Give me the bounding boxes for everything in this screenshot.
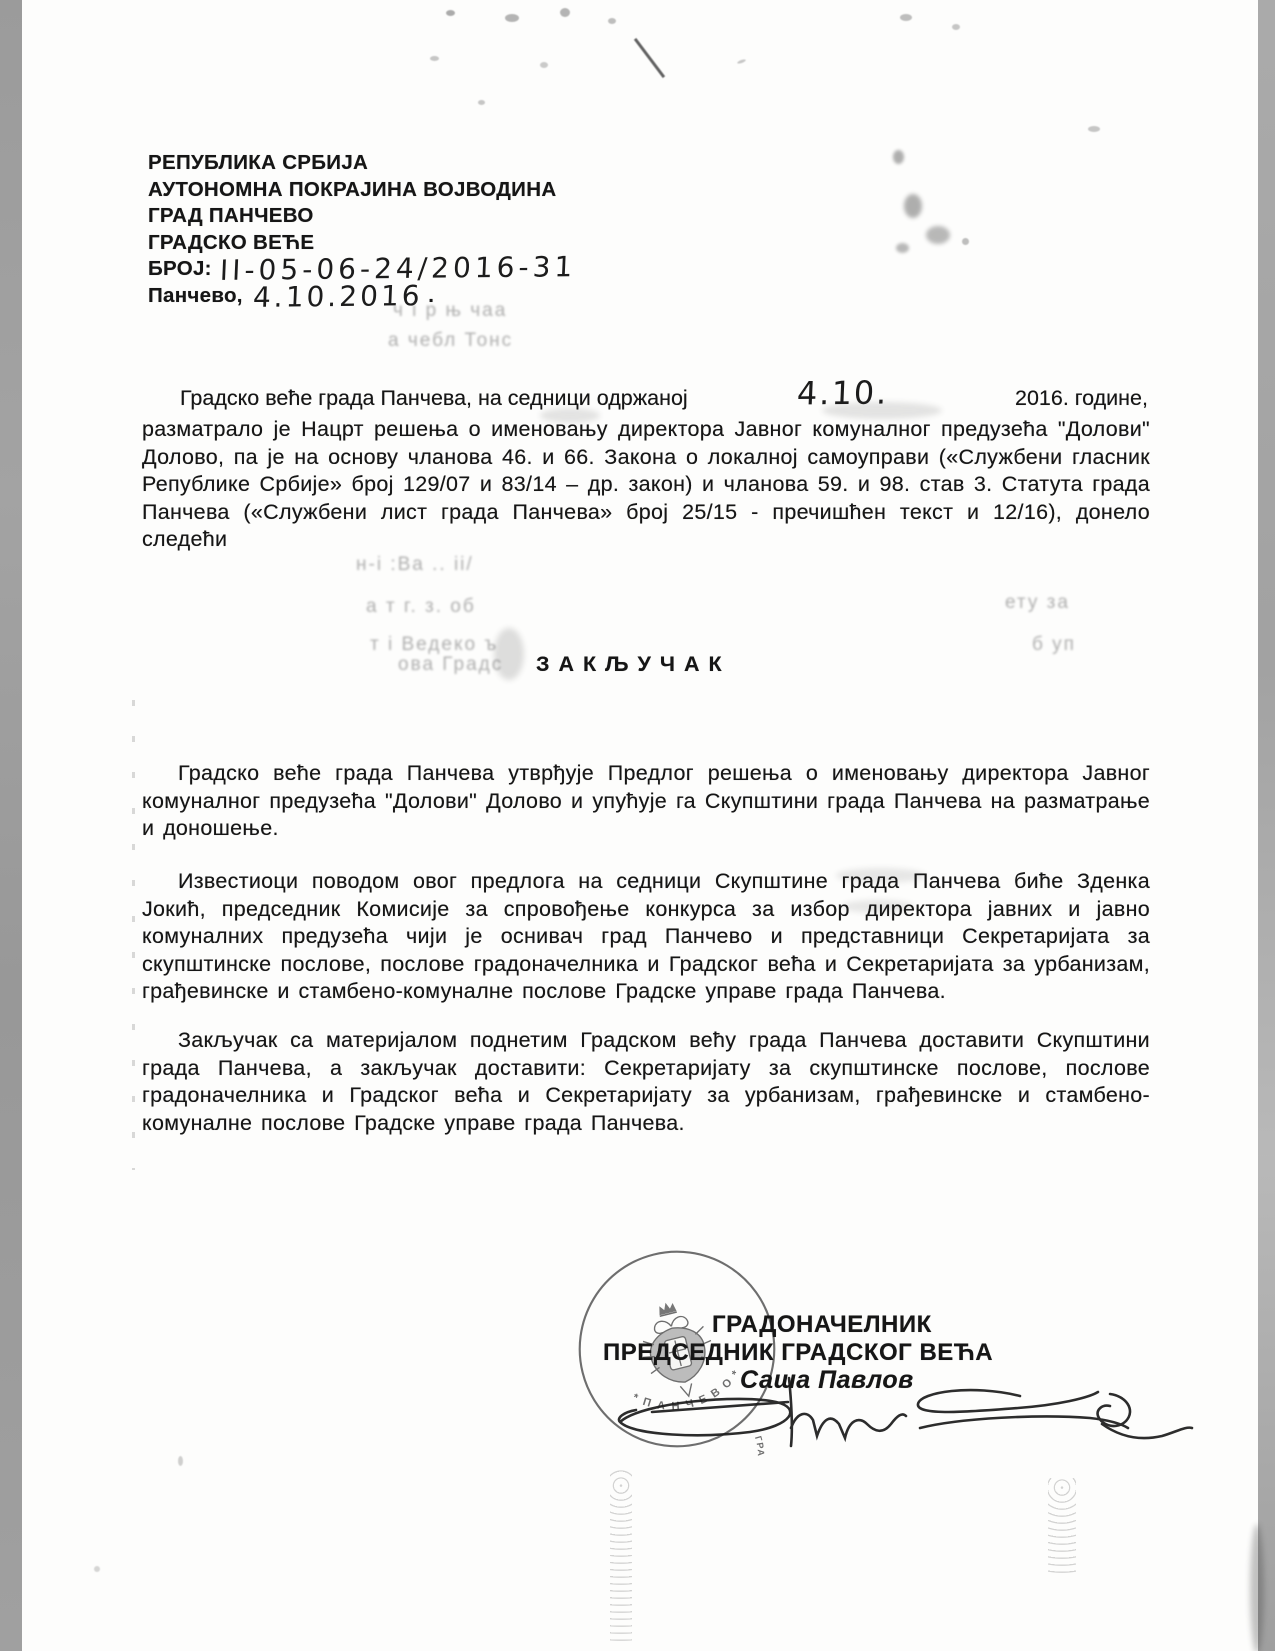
ink-smudge: [842, 900, 914, 913]
signer-role-council-president: ПРЕДСЕДНИК ГРАДСКОГ ВЕЋА: [603, 1339, 993, 1367]
speckle: [430, 56, 439, 61]
speckle: [952, 24, 960, 30]
ink-blot: [904, 194, 922, 218]
doc-number-label: БРОЈ:: [148, 257, 212, 280]
ink-blot: [893, 150, 904, 164]
ghost-text: т і Ведеко ъ: [370, 634, 498, 656]
speckle: [94, 1566, 100, 1572]
speckle: [540, 62, 548, 68]
signer-role-mayor: ГРАДОНАЧЕЛНИК: [712, 1311, 932, 1339]
signature-scrawl-icon: [590, 1368, 1210, 1460]
ghost-text: ова Градс: [398, 654, 503, 676]
paragraph-1-pre-text: Градско веће града Панчева, на седници о…: [180, 386, 688, 411]
speckle: [900, 14, 912, 21]
ghost-text: а чебл Тонс: [388, 330, 513, 352]
scan-edge-left: [0, 0, 22, 1651]
letterhead-province: АУТОНОМНА ПОКРАЈИНА ВОЈВОДИНА: [148, 177, 576, 204]
scanned-document-page: РЕПУБЛИКА СРБИЈА АУТОНОМНА ПОКРАЈИНА ВОЈ…: [0, 0, 1275, 1651]
ink-blot: [926, 226, 950, 244]
speckle: [608, 18, 616, 24]
speckle: [446, 10, 455, 16]
speckle: [1088, 126, 1100, 132]
speckle: [505, 14, 519, 22]
paragraph-3: Известиоци поводом овог предлога на седн…: [142, 868, 1150, 1006]
place-label: Панчево,: [148, 284, 243, 307]
scan-noise-strip: [1250, 1524, 1264, 1651]
speckle: [178, 1456, 183, 1466]
paragraph-4: Закључак са материјалом поднетим Градско…: [142, 1027, 1150, 1137]
ghost-text: ету за: [1005, 592, 1070, 614]
ghost-text: ч і р њ чаа: [393, 300, 507, 322]
scan-scratch-mark: [634, 38, 665, 78]
conclusion-heading: З А К Љ У Ч А К: [536, 652, 723, 677]
ink-smudge: [540, 408, 600, 423]
ghost-text: б уп: [1032, 634, 1076, 656]
ink-smudge: [494, 628, 524, 680]
ink-blot: [896, 243, 909, 253]
doc-number-line: БРОЈ:II-05-06-24/2016-31: [148, 256, 576, 283]
speckle: [962, 238, 969, 245]
paragraph-1-body: разматрало је Нацрт решења о именовању д…: [142, 416, 1150, 554]
speckle: [478, 100, 485, 105]
ghost-text: а т г. з. об: [366, 596, 476, 618]
scan-edge-right: [1258, 0, 1275, 1651]
scan-noise-strip: [1048, 1478, 1076, 1574]
paragraph-1-year-text: 2016. године,: [1015, 386, 1148, 411]
left-margin-dashes: [132, 700, 135, 1170]
place-date-line: Панчево,4.10.2016 .: [148, 283, 576, 311]
speckle: [560, 8, 570, 17]
paragraph-2: Градско веће града Панчева утврђује Пред…: [142, 760, 1150, 843]
letterhead: РЕПУБЛИКА СРБИЈА АУТОНОМНА ПОКРАЈИНА ВОЈ…: [148, 150, 576, 310]
letterhead-republic: РЕПУБЛИКА СРБИЈА: [148, 150, 576, 177]
ink-smudge: [836, 868, 926, 883]
speckle: [737, 59, 746, 65]
letterhead-city: ГРАД ПАНЧЕВО: [148, 203, 576, 230]
scan-noise-strip: [610, 1468, 632, 1644]
ink-smudge: [822, 402, 942, 419]
paragraph-1-first-line: Градско веће града Панчева, на седници о…: [142, 386, 1150, 414]
ghost-text: н-і :Ва .. іі/: [356, 554, 474, 576]
